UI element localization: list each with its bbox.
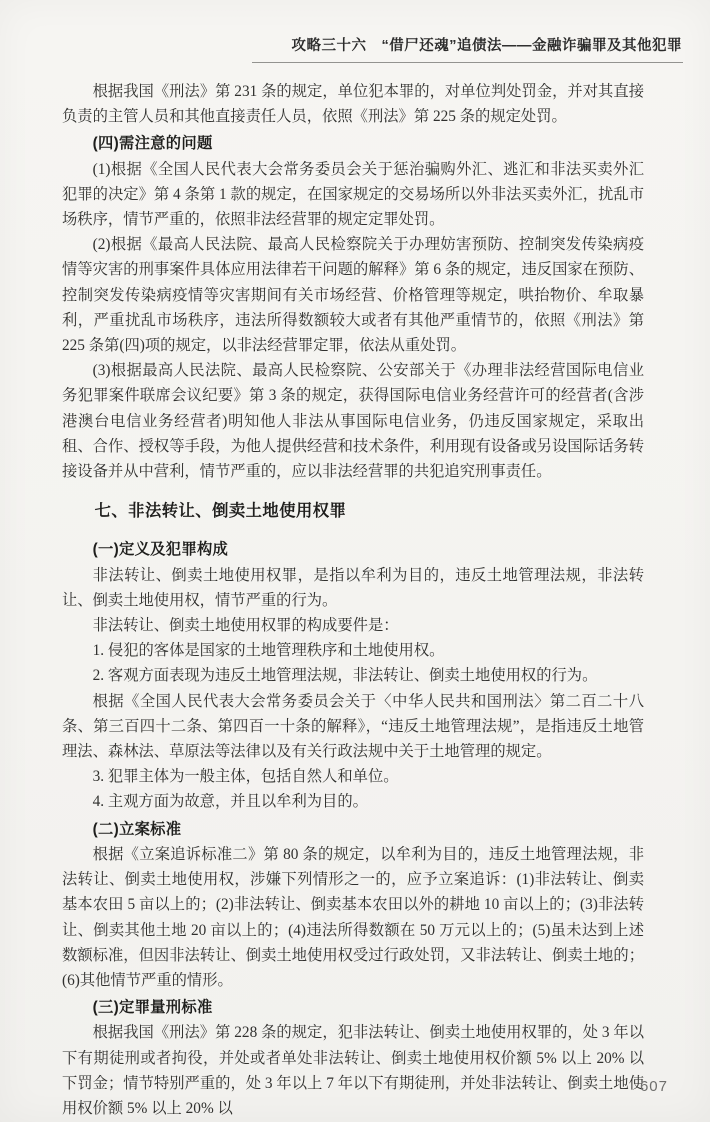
paragraph: 1. 侵犯的客体是国家的土地管理秩序和土地使用权。	[62, 638, 644, 663]
sub-heading: (三)定罪量刑标准	[62, 995, 644, 1020]
paragraph: 2. 客观方面表现为违反土地管理法规，非法转让、倒卖土地使用权的行为。	[62, 663, 644, 688]
page-number: 607	[640, 1078, 668, 1095]
paragraph: 根据我国《刑法》第 228 条的规定，犯非法转让、倒卖土地使用权罪的，处 3 年…	[62, 1020, 644, 1121]
page-content: 根据我国《刑法》第 231 条的规定，单位犯本罪的，对单位判处罚金，并对其直接负…	[62, 79, 644, 1121]
paragraph: (2)根据《最高人民法院、最高人民检察院关于办理妨害预防、控制突发传染病疫情等灾…	[62, 232, 644, 358]
paragraph: 3. 犯罪主体为一般主体，包括自然人和单位。	[62, 764, 644, 789]
paragraph: 非法转让、倒卖土地使用权罪的构成要件是：	[62, 613, 644, 638]
paragraph: 非法转让、倒卖土地使用权罪，是指以牟利为目的，违反土地管理法规，非法转让、倒卖土…	[62, 563, 644, 613]
paragraph: (3)根据最高人民法院、最高人民检察院、公安部关于《办理非法经营国际电信业务犯罪…	[62, 358, 644, 484]
book-page: 攻略三十六 “借尸还魂”追债法——金融诈骗罪及其他犯罪 根据我国《刑法》第 23…	[0, 0, 710, 1122]
running-header: 攻略三十六 “借尸还魂”追债法——金融诈骗罪及其他犯罪	[252, 34, 684, 63]
sub-heading: (二)立案标准	[62, 817, 644, 842]
paragraph: 4. 主观方面为故意，并且以牟利为目的。	[62, 789, 644, 814]
sub-heading: (一)定义及犯罪构成	[62, 537, 644, 562]
section-heading: 七、非法转让、倒卖土地使用权罪	[62, 499, 644, 524]
sub-heading: (四)需注意的问题	[62, 131, 644, 156]
paragraph: 根据我国《刑法》第 231 条的规定，单位犯本罪的，对单位判处罚金，并对其直接负…	[62, 79, 644, 129]
paragraph: 根据《立案追诉标准二》第 80 条的规定，以牟利为目的，违反土地管理法规，非法转…	[62, 842, 644, 993]
paragraph: 根据《全国人民代表大会常务委员会关于〈中华人民共和国刑法〉第二百二十八条、第三百…	[62, 689, 644, 765]
paragraph: (1)根据《全国人民代表大会常务委员会关于惩治骗购外汇、逃汇和非法买卖外汇犯罪的…	[62, 157, 644, 233]
running-header-title: 攻略三十六 “借尸还魂”追债法——金融诈骗罪及其他犯罪	[252, 34, 684, 63]
